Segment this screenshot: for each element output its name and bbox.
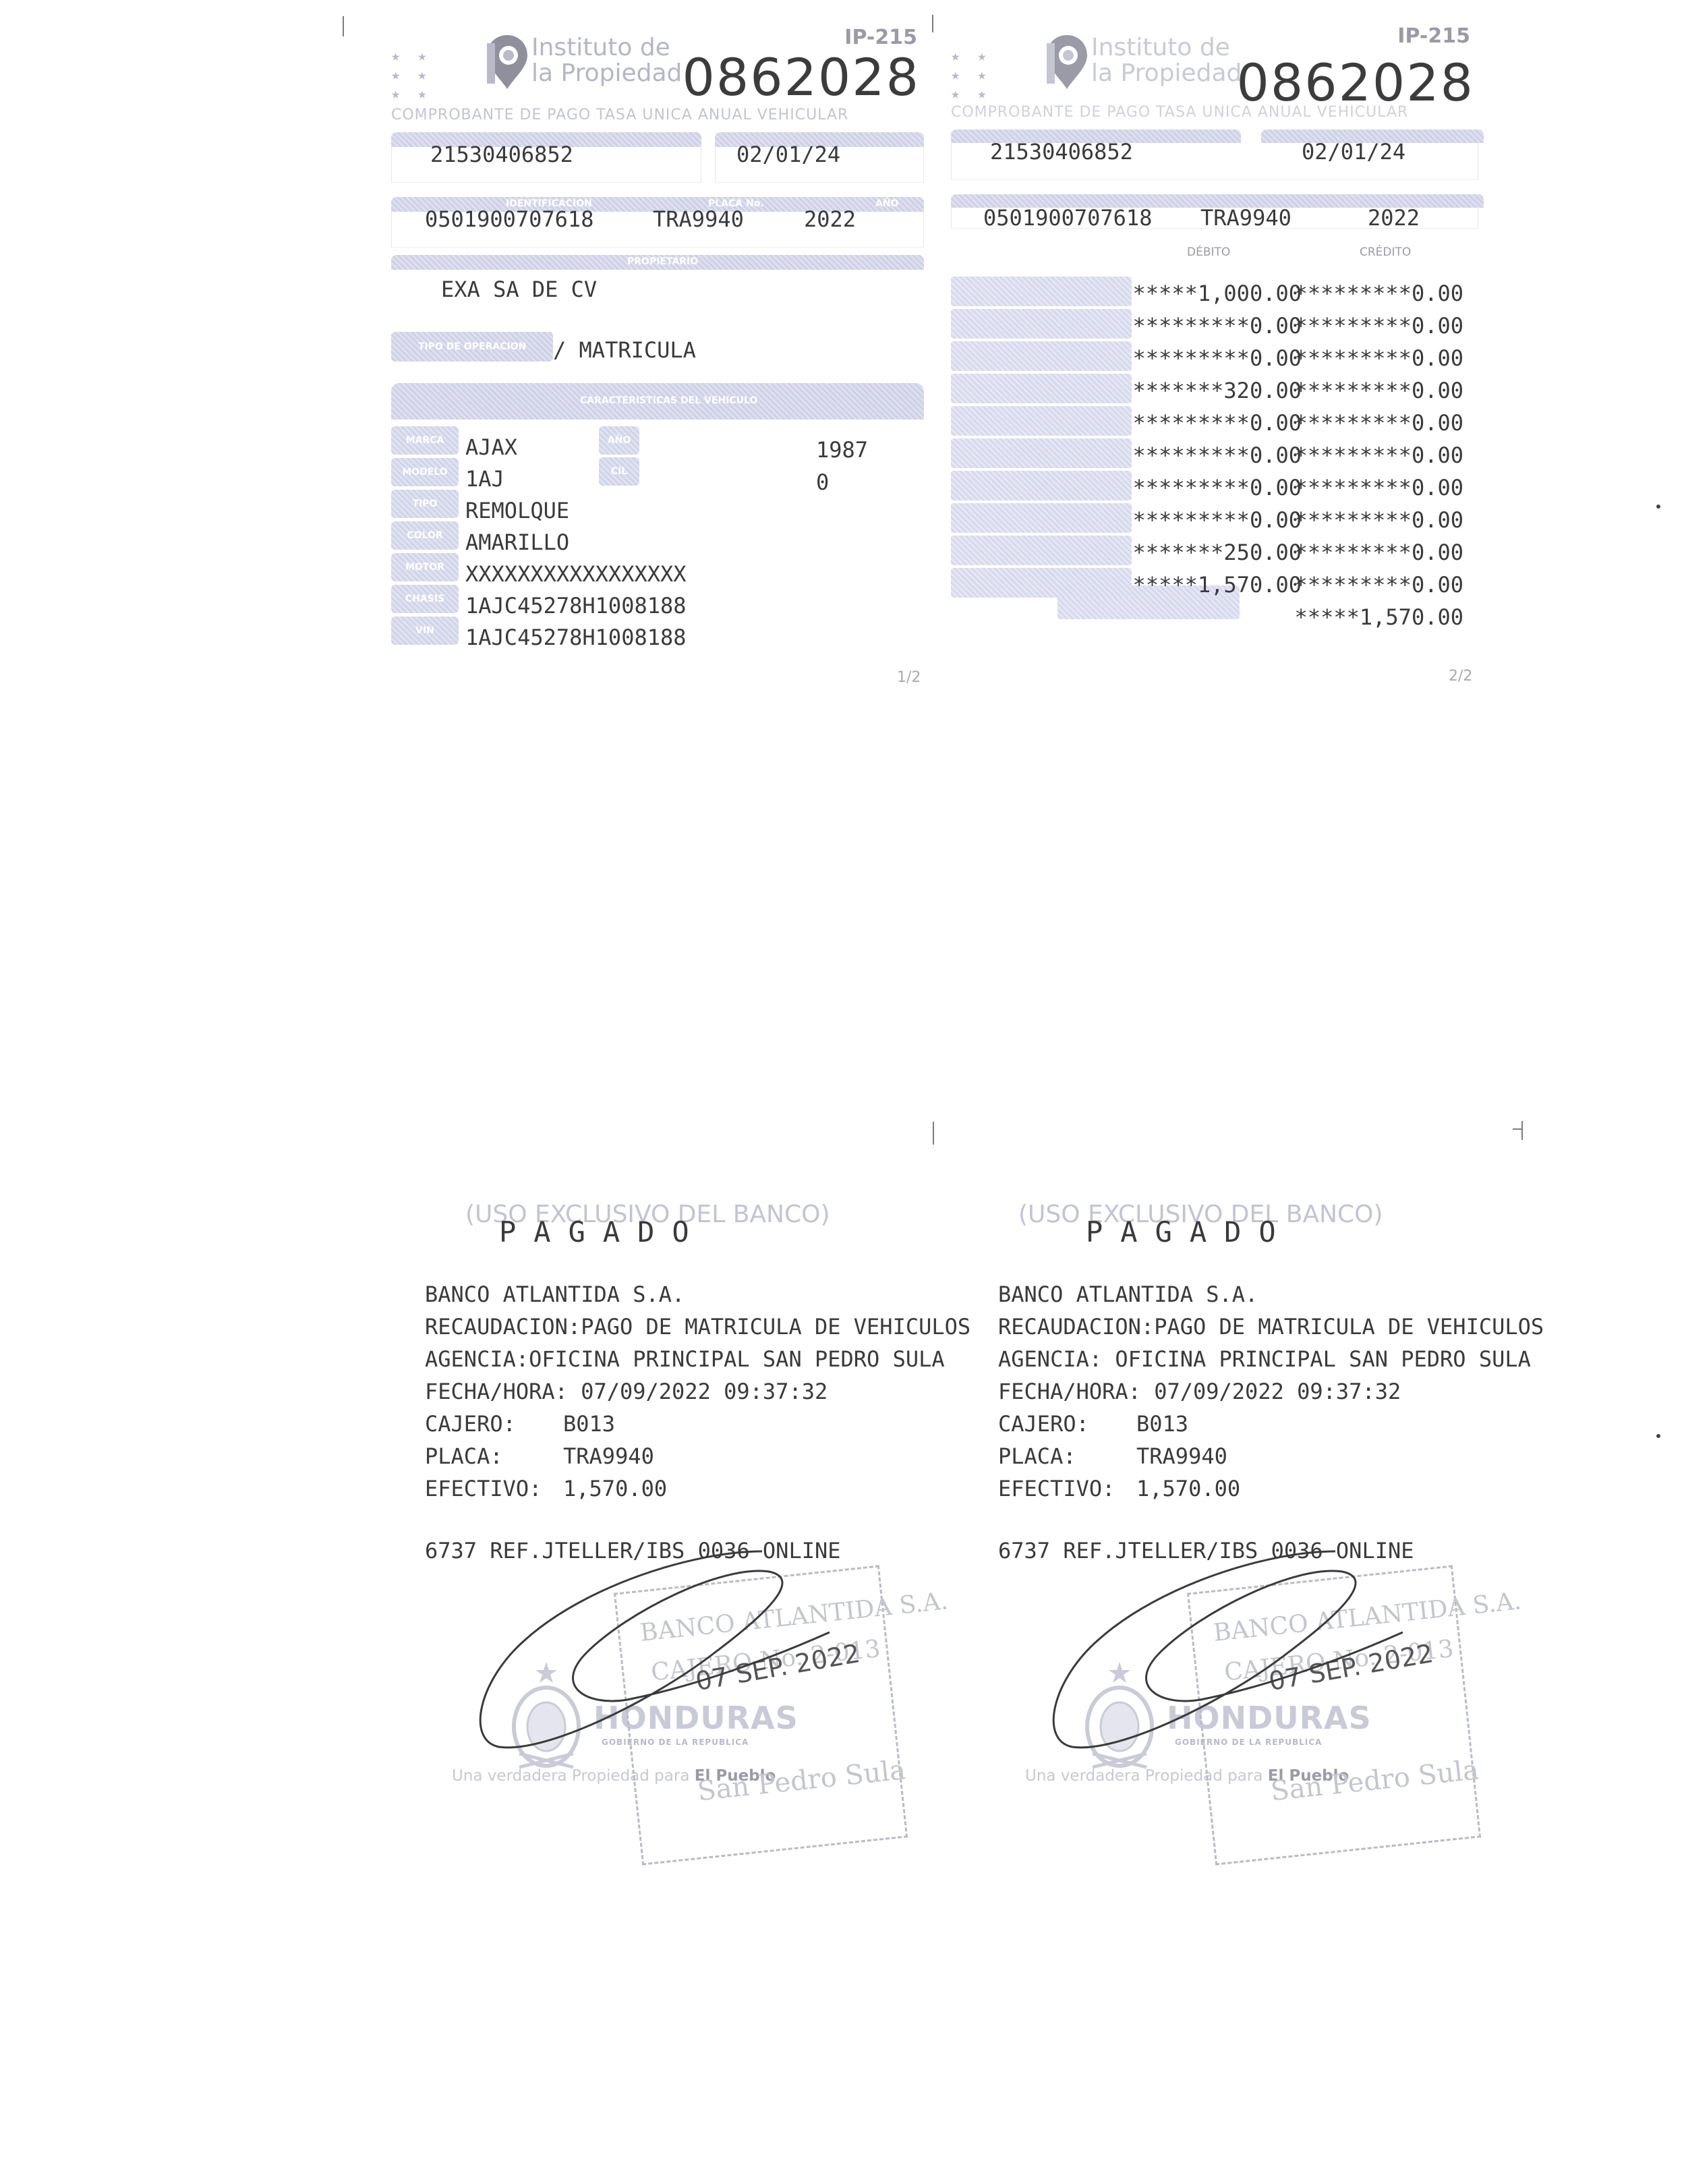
vehicle-field-label: MODELO [391,458,459,486]
cash-amount: 1,570.00 [563,1476,667,1501]
plate-row: PLACA:TRA9940 [998,1443,1227,1469]
ledger-credit: *********0.00 [1295,378,1463,403]
bank-validation-1: (USO EXCLUSIVO DEL BANCO) PAGADO BANCO A… [425,1187,951,1929]
identification-number: 0501900707618 [983,205,1152,231]
page-number: 2/2 [1449,668,1472,685]
scan-mark [933,1122,934,1145]
account-number: 21530406852 [990,139,1133,165]
ledger-credit: *********0.00 [1295,345,1463,371]
vehicle-cylinders-label: CIL [599,457,639,486]
paid-status: PAGADO [1086,1215,1294,1248]
cashier-row: CAJERO:B013 [998,1411,1188,1437]
ledger-credit: *********0.00 [1295,540,1463,565]
plate-value: TRA9940 [563,1443,654,1469]
ledger-row-label [951,438,1132,468]
payment-datetime: 07/09/2022 09:37:32 [1154,1379,1401,1404]
vehicle-field-label: MOTOR [391,553,459,581]
plate-row: PLACA:TRA9940 [425,1443,654,1469]
ledger-debit: *****1,570.00 [1133,572,1302,598]
vehicle-cylinders: 0 [816,469,829,495]
scan-dot [1656,1434,1660,1438]
plate-value: TRA9940 [1136,1443,1227,1469]
vehicle-field-label: VIN [391,616,459,645]
credit-column-header: CRÉDITO [1360,246,1411,259]
operation-bar: TIPO DE OPERACION [391,332,553,362]
issuer-name: Instituto de la Propiedad [1091,35,1242,86]
operation-type: / MATRICULA [553,337,696,363]
cash-row: EFECTIVO:1,570.00 [998,1476,1240,1501]
vehicle-field-value: AJAX [465,434,517,460]
ledger-credit: *********0.00 [1295,410,1463,436]
ledger-credit: *********0.00 [1295,281,1463,306]
page-number: 1/2 [897,669,921,686]
stamp-city: San Pedro Sula [696,1754,907,1807]
ledger-row-label [951,309,1132,339]
form-code: IP-215 [844,26,917,49]
cash-row: EFECTIVO:1,570.00 [425,1476,667,1501]
scan-dot [1656,505,1660,509]
scan-mark [1521,1121,1523,1140]
ledger-debit: *******250.00 [1133,540,1302,565]
ledger-row-label [951,471,1132,500]
stars-decoration-icon: ★★★★★★ [391,47,472,108]
agency: AGENCIA:OFICINA PRINCIPAL SAN PEDRO SULA [425,1346,945,1372]
agency: AGENCIA: OFICINA PRINCIPAL SAN PEDRO SUL… [998,1346,1531,1372]
vehicle-field-value: XXXXXXXXXXXXXXXXX [465,561,687,587]
fiscal-year: 2022 [804,206,856,232]
owner-name: EXA SA DE CV [441,277,597,302]
cashier-id: B013 [563,1411,615,1437]
account-number: 21530406852 [430,142,573,167]
ledger-credit: *********0.00 [1295,572,1463,598]
ledger-credit: *********0.00 [1295,475,1463,500]
vehicle-field-value: AMARILLO [465,529,569,555]
receipt-stub-1: ★★★★★★ Instituto de la Propiedad IP-215 … [384,20,924,695]
ledger-row-label [951,341,1132,371]
plate-number: TRA9940 [1200,205,1291,231]
cashier-row: CAJERO:B013 [425,1411,615,1437]
signature [1025,1538,1470,1760]
ledger-row-label [951,503,1132,533]
property-institute-logo-icon [1045,34,1088,90]
debit-column-header: DÉBITO [1187,246,1230,259]
ledger-row-label [951,277,1132,306]
identification-number: 0501900707618 [425,206,593,232]
collection-description: RECAUDACION:PAGO DE MATRICULA DE VEHICUL… [998,1314,1544,1340]
ledger-debit: *********0.00 [1133,475,1302,500]
ledger-row-label [951,374,1132,403]
vehicle-section-bar: CARACTERISTICAS DEL VEHICULO [391,383,924,420]
property-institute-logo-icon [486,34,529,90]
vehicle-year: 1987 [816,437,868,463]
ledger-debit: *********0.00 [1133,345,1302,371]
vehicle-field-label: COLOR [391,521,459,550]
bank-name: BANCO ATLANTIDA S.A. [425,1282,685,1307]
datetime-row: FECHA/HORA: 07/09/2022 09:37:32 [425,1379,828,1404]
scan-mark [343,16,344,36]
fiscal-year: 2022 [1368,205,1420,231]
ledger-debit: *****1,000.00 [1133,281,1302,306]
receipt-stub-2: ★★★★★★ Instituto de la Propiedad IP-215 … [944,20,1484,695]
stars-decoration-icon: ★★★★★★ [951,47,1032,108]
ledger-debit: *********0.00 [1133,313,1302,339]
plate-number: TRA9940 [653,206,744,232]
stamp-city: San Pedro Sula [1269,1754,1480,1807]
ledger-row-label [951,568,1132,598]
ledger-credit: *********0.00 [1295,313,1463,339]
scan-mark [932,15,933,32]
form-code: IP-215 [1397,24,1470,48]
issue-date: 02/01/24 [1302,139,1405,165]
vehicle-field-value: 1AJC45278H1008188 [465,593,687,619]
collection-description: RECAUDACION:PAGO DE MATRICULA DE VEHICUL… [425,1314,970,1340]
ledger-debit: *********0.00 [1133,442,1302,468]
ledger-row-label [951,536,1132,565]
owner-bar: PROPIETARIO [391,255,924,270]
ledger-debit: *******320.00 [1133,378,1302,403]
serial-number: 0862028 [683,47,920,107]
datetime-row: FECHA/HORA: 07/09/2022 09:37:32 [998,1379,1401,1404]
vehicle-field-value: 1AJ [465,466,504,492]
form-title: COMPROBANTE DE PAGO TASA UNICA ANUAL VEH… [391,107,924,123]
vehicle-year-label: AÑO [599,426,639,455]
issuer-name: Instituto de la Propiedad [531,35,682,86]
form-title: COMPROBANTE DE PAGO TASA UNICA ANUAL VEH… [951,104,1484,121]
ledger-debit: *********0.00 [1133,507,1302,533]
bank-validation-2: (USO EXCLUSIVO DEL BANCO) PAGADO BANCO A… [998,1187,1524,1929]
vehicle-field-label: TIPO [391,490,459,518]
vehicle-field-label: MARCA [391,426,459,455]
ledger-credit: *********0.00 [1295,507,1463,533]
vehicle-field-value: 1AJC45278H1008188 [465,625,687,650]
ledger-row-label [951,406,1132,436]
cash-amount: 1,570.00 [1136,1476,1240,1501]
ledger-credit: *********0.00 [1295,442,1463,468]
bank-name: BANCO ATLANTIDA S.A. [998,1282,1258,1307]
ledger-debit: *********0.00 [1133,410,1302,436]
vehicle-field-label: CHASIS [391,585,459,613]
signature [452,1538,897,1760]
issue-date: 02/01/24 [736,142,840,167]
paid-status: PAGADO [499,1215,707,1248]
ledger-total: *****1,570.00 [1295,604,1463,630]
scan-mark [1513,1128,1522,1130]
vehicle-field-value: REMOLQUE [465,498,569,523]
payment-datetime: 07/09/2022 09:37:32 [581,1379,828,1404]
cashier-id: B013 [1136,1411,1188,1437]
